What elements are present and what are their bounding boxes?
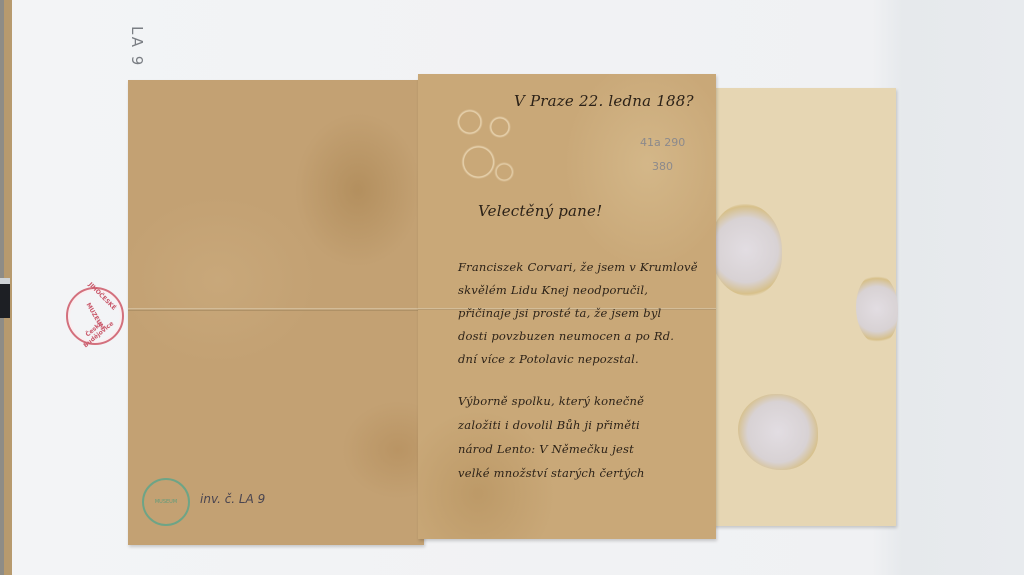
letter-line: skvělém Lidu Knej neodporučil,: [458, 283, 648, 297]
letter-line: národ Lento: V Němečku jest: [458, 442, 634, 456]
letter-line: založiti i dovolil Bůh ji přiměti: [458, 418, 640, 432]
letter-line: Výborně spolku, který konečně: [458, 394, 644, 408]
paper-stain: [710, 204, 782, 296]
letter-line: velké množství starých čertých: [458, 466, 645, 480]
pencil-number: 41a 290: [640, 136, 685, 149]
letter-line: dní více z Potolavic nepozstal.: [458, 352, 639, 366]
pencil-number: 380: [652, 160, 673, 173]
letter-page-right: [706, 88, 896, 526]
letter-line: Franciszek Corvari, že jsem v Krumlově: [458, 260, 698, 274]
paper-stain: [738, 394, 818, 470]
catalog-mark: LA 9: [128, 26, 146, 67]
letter-salutation: Velectěný pane!: [478, 202, 602, 220]
paper-stain: [856, 274, 898, 344]
letter-line: dosti povzbuzen neumocen a po Rd.: [458, 329, 674, 343]
letter-page-left: MUSEUM inv. č. LA 9: [128, 80, 424, 545]
inventory-note: inv. č. LA 9: [200, 492, 265, 506]
letter-page-center: V Praze 22. ledna 188? 41a 290 380 Velec…: [418, 74, 716, 539]
museum-stamp-green: MUSEUM: [142, 478, 190, 526]
fold-line: [128, 308, 424, 311]
binder-clip: [0, 278, 10, 318]
letter-dateline: V Praze 22. ledna 188?: [514, 92, 694, 110]
letter-line: přičinaje jsi prosté ta, že jsem byl: [458, 306, 661, 320]
museum-stamp-red: JIHOČESKÉ MUZEUM České Budějovice: [66, 287, 124, 345]
